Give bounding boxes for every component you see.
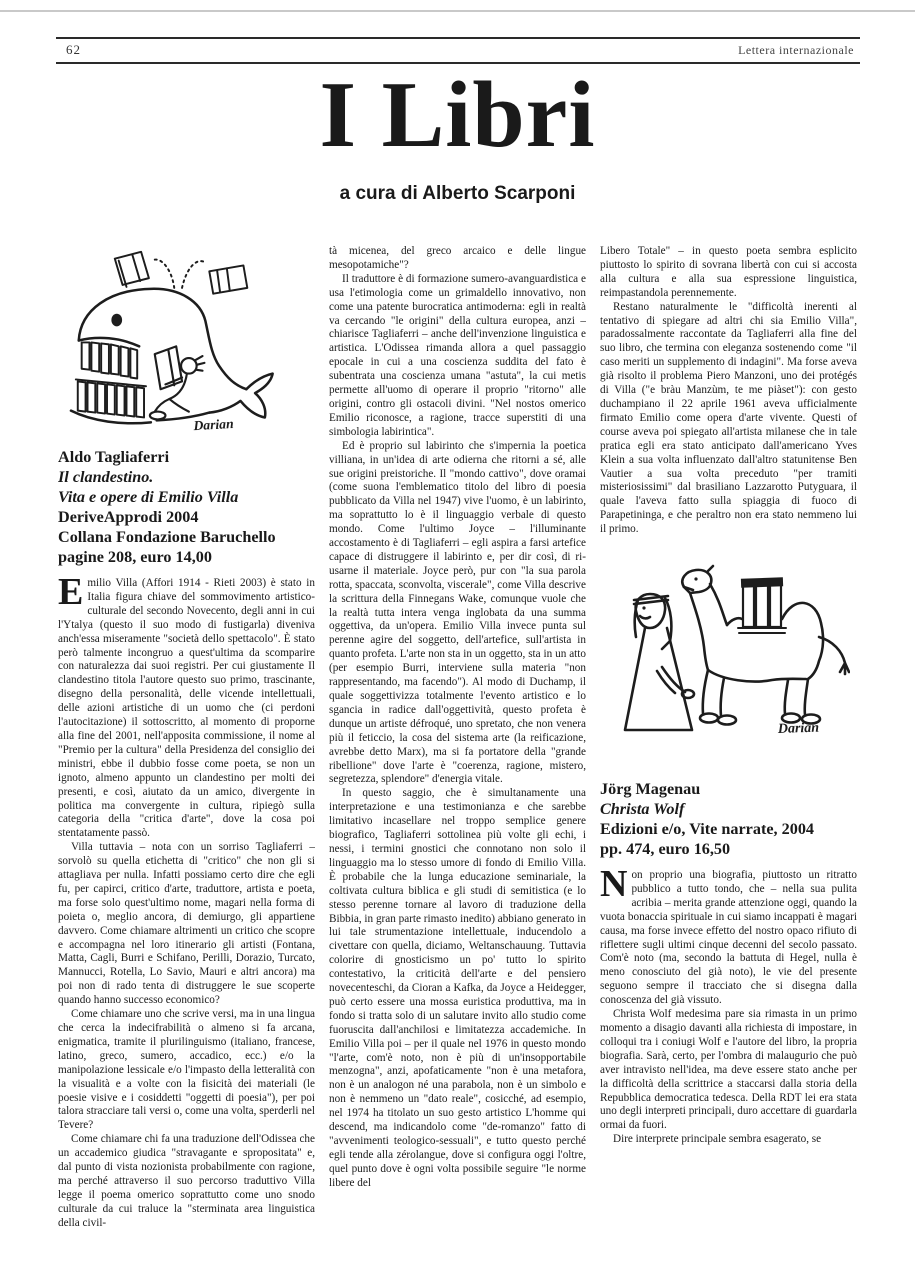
paragraph: Come chiamare chi fa una traduzione dell… — [58, 1133, 315, 1230]
camel-books-cartoon: Darian — [600, 545, 857, 767]
paragraph: Restano naturalmente le "difficoltà iner… — [600, 301, 857, 537]
book1-author: Aldo Tagliaferri — [58, 447, 315, 467]
camel-neck-back — [710, 584, 727, 625]
whale-books-cartoon: Darian — [58, 245, 315, 435]
dropcap-N: N — [600, 869, 631, 899]
camel-books-cartoon-svg: Darian — [600, 545, 850, 767]
camel-neck-front — [690, 593, 708, 670]
reading-man — [150, 346, 205, 419]
flying-book-left — [115, 252, 149, 287]
whale-tail — [209, 374, 272, 418]
paragraph: Christa Wolf medesima pare sia rimasta i… — [600, 1008, 857, 1133]
paragraph-text: on proprio una biografia, piuttosto un r… — [600, 869, 857, 1006]
paragraph: Villa tuttavia – nota con un sorriso Tag… — [58, 841, 315, 1008]
book1-publisher: DeriveApprodi 2004 — [58, 507, 315, 527]
page-header: 62 Lettera internazionale — [56, 37, 860, 64]
column-middle: tà micenea, del greco arcaico e delle li… — [329, 245, 586, 1279]
book-reference-1: Aldo Tagliaferri Il clandestino. Vita e … — [58, 447, 315, 567]
text-columns: Darian Aldo Tagliaferri Il clandestino. … — [58, 245, 858, 1279]
section-editor: a cura di Alberto Scarponi — [0, 183, 915, 205]
journal-name: Lettera internazionale — [738, 43, 854, 58]
paragraph: tà micenea, del greco arcaico e delle li… — [329, 245, 586, 273]
column-left: Darian Aldo Tagliaferri Il clandestino. … — [58, 245, 315, 1279]
scan-edge-artifact — [0, 10, 915, 12]
paragraph-text: milio Villa (Affori 1914 - Rieti 2003) è… — [58, 577, 315, 839]
paragraph: Emilio Villa (Affori 1914 - Rieti 2003) … — [58, 577, 315, 841]
book-teeth — [82, 342, 138, 378]
books-in-mouth — [76, 379, 146, 417]
paragraph: Come chiamare uno che scrive versi, ma i… — [58, 1008, 315, 1133]
column-right: Libero Totale" – in questo poeta sembra … — [600, 245, 857, 1279]
artist-signature: Darian — [777, 721, 820, 737]
book1-title-line2: Vita e opere di Emilio Villa — [58, 487, 315, 507]
paragraph: Dire interprete principale sembra esager… — [600, 1133, 857, 1147]
paragraph: Non proprio una biografia, piuttosto un … — [600, 869, 857, 1008]
book1-title-line1: Il clandestino. — [58, 467, 315, 487]
camel-hump — [782, 603, 823, 679]
book1-series: Collana Fondazione Baruchello — [58, 527, 315, 547]
whale-eye — [111, 314, 122, 327]
camel-head — [682, 566, 713, 593]
camel-back — [727, 618, 742, 625]
book-reference-2: Jörg Magenau Christa Wolf Edizioni e/o, … — [600, 779, 857, 859]
section-title: I Libri — [0, 66, 915, 165]
book2-pages-price: pp. 474, euro 16,50 — [600, 839, 857, 859]
paragraph: In questo saggio, che è simultanamente u… — [329, 787, 586, 1190]
whale-books-cartoon-svg: Darian — [58, 245, 308, 435]
paragraph: Libero Totale" – in questo poeta sembra … — [600, 245, 857, 301]
bedouin-figure — [625, 594, 694, 730]
spout-left — [155, 260, 174, 288]
book2-author: Jörg Magenau — [600, 779, 857, 799]
artist-signature: Darian — [192, 416, 234, 433]
books-on-back — [738, 577, 786, 633]
book1-pages-price: pagine 208, euro 14,00 — [58, 547, 315, 567]
book2-title: Christa Wolf — [600, 799, 857, 819]
paragraph: Il traduttore è di formazione sumero-ava… — [329, 273, 586, 440]
paragraph: Ed è proprio sul labirinto che s'imperni… — [329, 440, 586, 788]
spout-right — [182, 261, 203, 288]
magazine-page: 62 Lettera internazionale I Libri a cura… — [0, 0, 915, 1285]
flying-book-right — [209, 265, 247, 293]
book2-publisher: Edizioni e/o, Vite narrate, 2004 — [600, 819, 857, 839]
dropcap-E: E — [58, 577, 87, 607]
page-number: 62 — [66, 42, 81, 58]
